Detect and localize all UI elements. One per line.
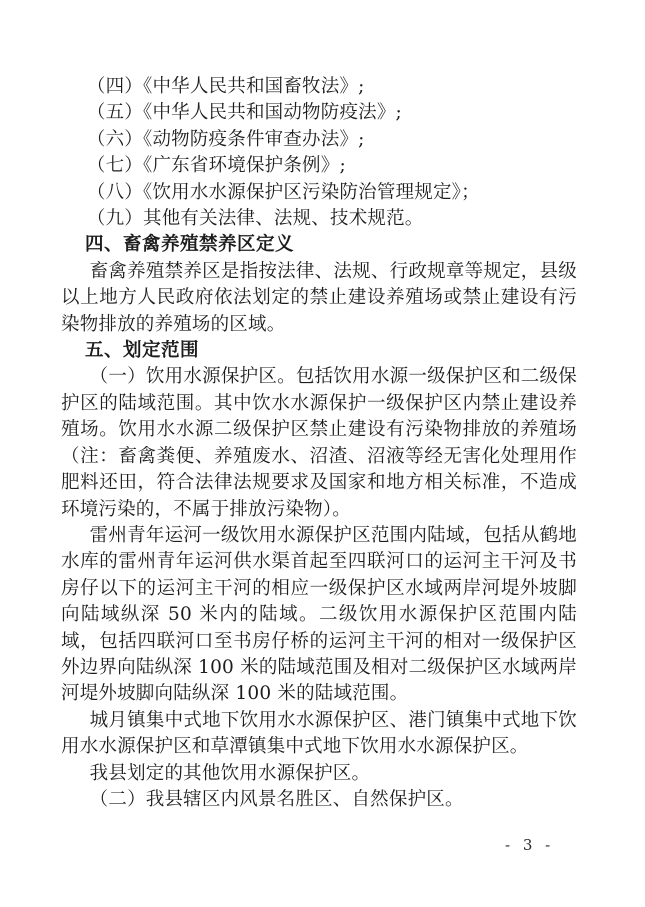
legal-list-item-5: （五）《中华人民共和国动物防疫法》; (61, 100, 577, 126)
page-number: - 3 - (505, 836, 554, 854)
paragraph-scope-4: 我县划定的其他饮用水源保护区。 (61, 761, 577, 787)
paragraph-scope-3: 城月镇集中式地下饮用水水源保护区、港门镇集中式地下饮用水水源保护区和草潭镇集中式… (61, 708, 577, 761)
document-page: （四）《中华人民共和国畜牧法》; （五）《中华人民共和国动物防疫法》; （六）《… (0, 0, 645, 907)
section-heading-scope: 五、划定范围 (61, 338, 577, 364)
paragraph-scope-5: （二）我县辖区内风景名胜区、自然保护区。 (61, 787, 577, 813)
legal-list-item-9: （九）其他有关法律、法规、技术规范。 (61, 206, 577, 232)
section-heading-definition: 四、畜禽养殖禁养区定义 (61, 232, 577, 258)
document-body: （四）《中华人民共和国畜牧法》; （五）《中华人民共和国动物防疫法》; （六）《… (61, 74, 577, 813)
paragraph-scope-2: 雷州青年运河一级饮用水源保护区范围内陆域，包括从鹤地水库的雷州青年运河供水渠首起… (61, 523, 577, 708)
legal-list-item-6: （六）《动物防疫条件审查办法》; (61, 127, 577, 153)
legal-list-item-4: （四）《中华人民共和国畜牧法》; (61, 74, 577, 100)
paragraph-definition: 畜禽养殖禁养区是指按法律、法规、行政规章等规定，县级以上地方人民政府依法划定的禁… (61, 259, 577, 338)
paragraph-scope-1: （一）饮用水源保护区。包括饮用水源一级保护区和二级保护区的陆域范围。其中饮水水源… (61, 364, 577, 522)
legal-list-item-8: （八）《饮用水水源保护区污染防治管理规定》； (61, 180, 577, 206)
legal-list-item-7: （七）《广东省环境保护条例》; (61, 153, 577, 179)
